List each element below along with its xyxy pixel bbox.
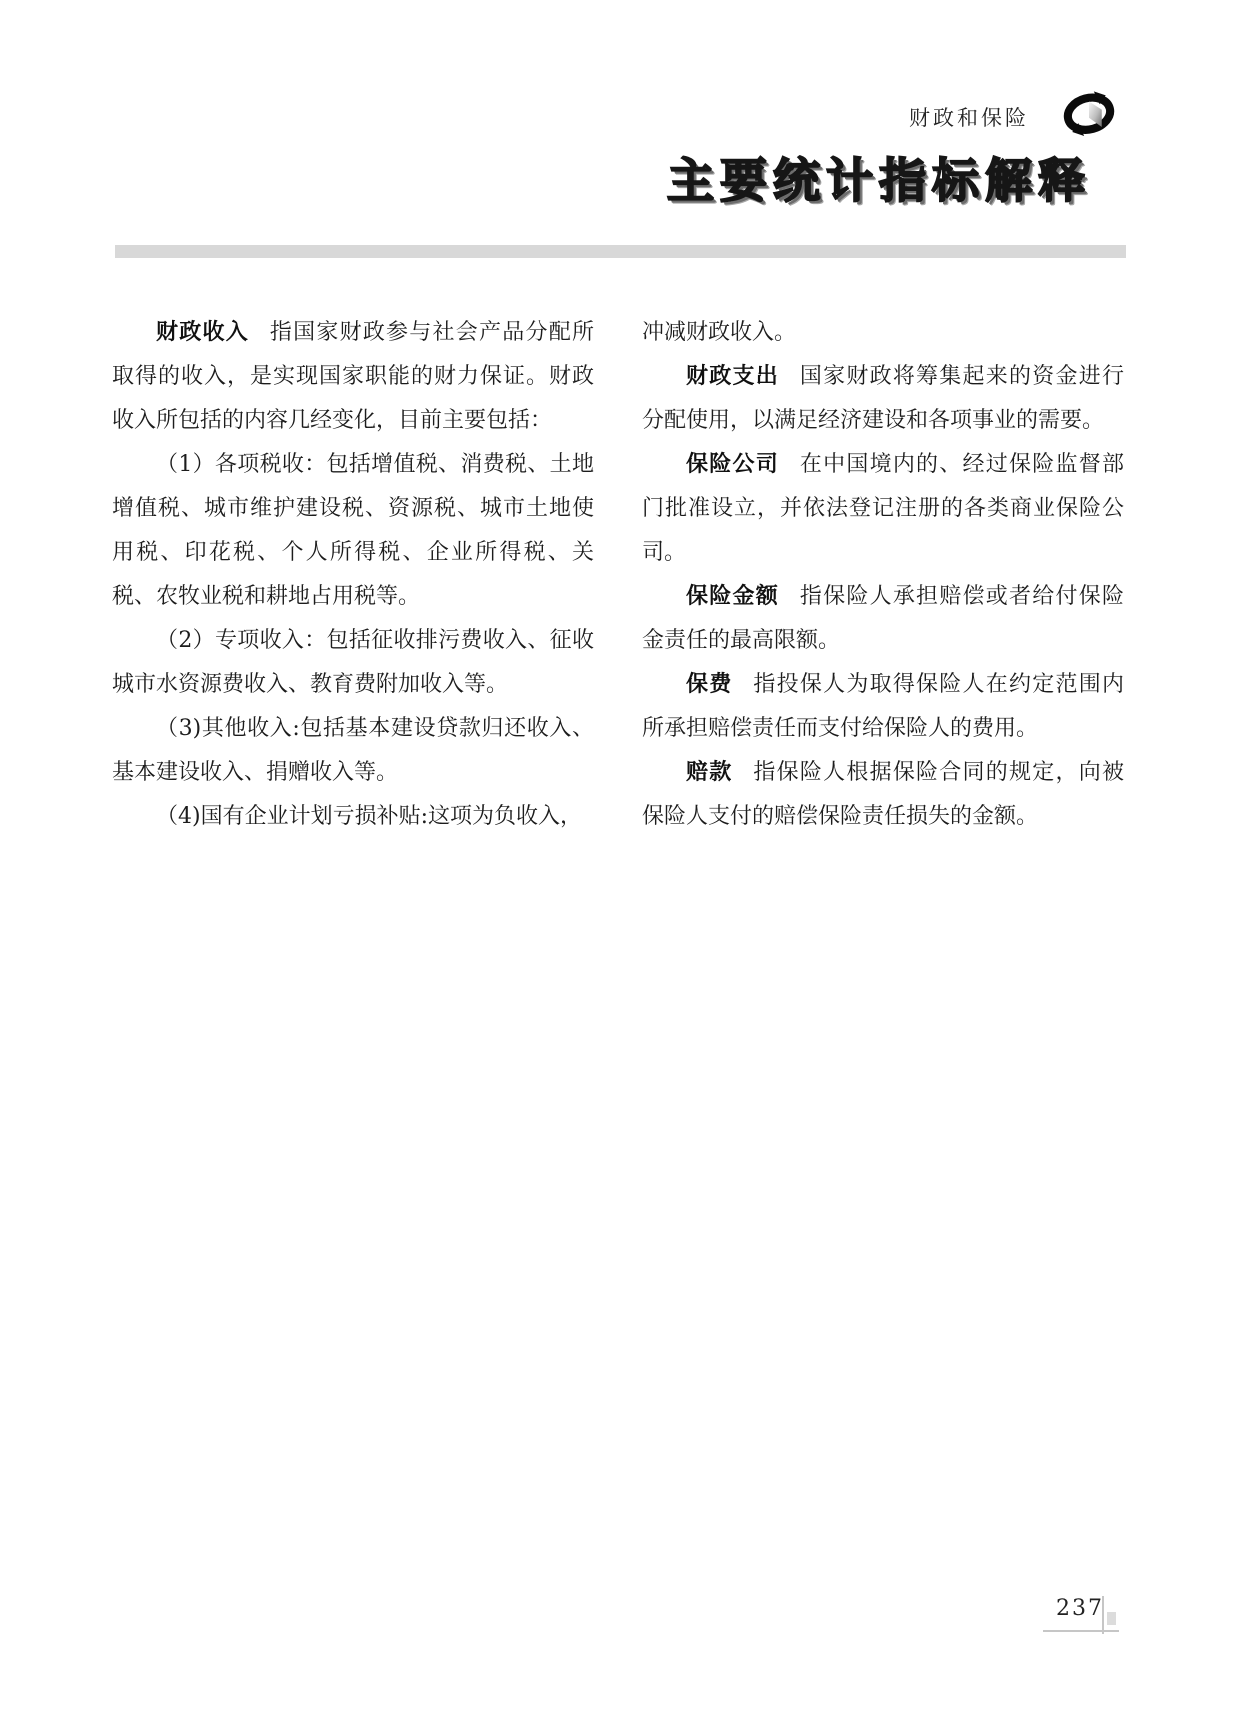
definition-term: 财政收入	[156, 320, 249, 345]
definition-term: 保费	[686, 672, 732, 697]
paragraph-continuation: 冲减财政收入。	[642, 311, 1124, 355]
definition-text: （2）专项收入：包括征收排污费收入、征收城市水资源费收入、教育费附加收入等。	[112, 628, 594, 697]
paragraph: 保费指投保人为取得保险人在约定范围内所承担赔偿责任而支付给保险人的费用。	[642, 663, 1124, 751]
definition-term: 财政支出	[686, 364, 779, 389]
paragraph: （3)其他收入:包括基本建设贷款归还收入、基本建设收入、捐赠收入等。	[112, 707, 594, 795]
right-column: 冲减财政收入。 财政支出国家财政将筹集起来的资金进行分配使用，以满足经济建设和各…	[642, 311, 1124, 839]
footer-vertical-rule	[1102, 1596, 1104, 1634]
page-number: 237	[1056, 1596, 1104, 1621]
definition-term: 保险金额	[686, 584, 779, 609]
definition-term: 赔款	[686, 760, 732, 785]
paragraph: 财政收入指国家财政参与社会产品分配所取得的收入，是实现国家职能的财力保证。财政收…	[112, 311, 594, 443]
paragraph: 保险公司在中国境内的、经过保险监督部门批准设立，并依法登记注册的各类商业保险公司…	[642, 443, 1124, 575]
document-page: 财政和保险 主要统计指标解释 财政收入指国家财政参与社会产品分配所取得的收入	[0, 0, 1241, 1713]
definition-text: （4)国有企业计划亏损补贴:这项为负收入，	[156, 804, 582, 829]
definition-text: 冲减财政收入。	[642, 320, 796, 345]
body-columns: 财政收入指国家财政参与社会产品分配所取得的收入，是实现国家职能的财力保证。财政收…	[112, 311, 1124, 839]
paragraph: （4)国有企业计划亏损补贴:这项为负收入，	[112, 795, 594, 839]
paragraph: 赔款指保险人根据保险合同的规定，向被保险人支付的赔偿保险责任损失的金额。	[642, 751, 1124, 839]
paragraph: 财政支出国家财政将筹集起来的资金进行分配使用，以满足经济建设和各项事业的需要。	[642, 355, 1124, 443]
footer-gray-block	[1107, 1612, 1116, 1625]
paragraph: （2）专项收入：包括征收排污费收入、征收城市水资源费收入、教育费附加收入等。	[112, 619, 594, 707]
paragraph: 保险金额指保险人承担赔偿或者给付保险金责任的最高限额。	[642, 575, 1124, 663]
footer-horizontal-rule	[1043, 1630, 1119, 1632]
left-column: 财政收入指国家财政参与社会产品分配所取得的收入，是实现国家职能的财力保证。财政收…	[112, 311, 594, 839]
definition-text: （1）各项税收：包括增值税、消费税、土地增值税、城市维护建设税、资源税、城市土地…	[112, 452, 594, 609]
yearbook-logo-icon	[1060, 80, 1118, 148]
title-underline-bar	[115, 245, 1126, 258]
section-label: 财政和保险	[909, 102, 1029, 132]
page-title: 主要统计指标解释	[667, 144, 1091, 211]
definition-text: （3)其他收入:包括基本建设贷款归还收入、基本建设收入、捐赠收入等。	[112, 716, 594, 785]
paragraph: （1）各项税收：包括增值税、消费税、土地增值税、城市维护建设税、资源税、城市土地…	[112, 443, 594, 619]
definition-term: 保险公司	[686, 452, 779, 477]
